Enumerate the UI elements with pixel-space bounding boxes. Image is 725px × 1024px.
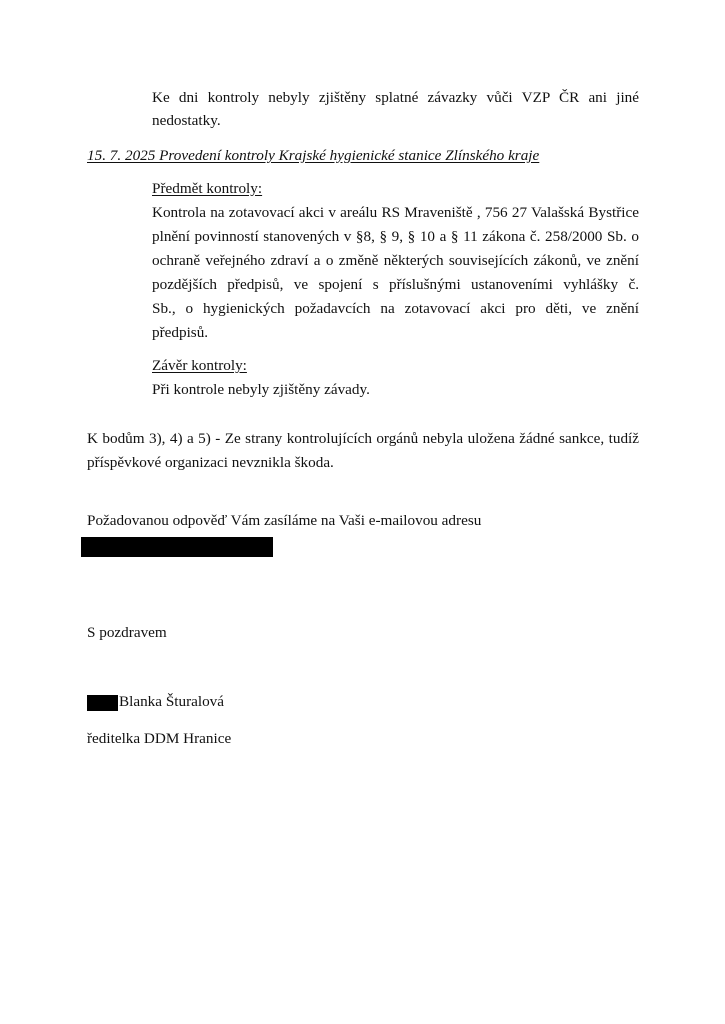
subject-line-1: Kontrola na zotavovací akci v areálu RS …: [152, 204, 639, 224]
greeting: S pozdravem: [87, 624, 167, 642]
subject-line-4: pozdějších předpisů, ve spojení s příslu…: [152, 276, 639, 296]
signatory-role: ředitelka DDM Hranice: [87, 730, 231, 748]
subject-line-6: předpisů.: [152, 324, 208, 342]
subject-line-2: plnění povinností stanovených v §8, § 9,…: [152, 228, 639, 248]
conclusion-text: Při kontrole nebyly zjištěny závady.: [152, 381, 370, 399]
redacted-title: [87, 695, 118, 711]
inspection-heading: 15. 7. 2025 Provedení kontroly Krajské h…: [87, 147, 539, 165]
subject-label: Předmět kontroly:: [152, 180, 262, 198]
signatory-name: Blanka Šturalová: [119, 693, 224, 711]
subject-line-5: Sb., o hygienických požadavcích na zotav…: [152, 300, 639, 320]
subject-line-3: ochraně veřejného zdraví a o změně někte…: [152, 252, 639, 272]
reply-text: Požadovanou odpověď Vám zasíláme na Vaši…: [87, 512, 481, 530]
redacted-email: [81, 537, 273, 557]
vzp-text-line-1: Ke dni kontroly nebyly zjištěny splatné …: [152, 89, 639, 109]
conclusion-label: Závěr kontroly:: [152, 357, 247, 375]
vzp-text-line-2: nedostatky.: [152, 112, 221, 130]
points-text-line-1: K bodům 3), 4) a 5) - Ze strany kontrolu…: [87, 430, 639, 450]
points-text-line-2: příspěvkové organizaci nevznikla škoda.: [87, 454, 334, 472]
